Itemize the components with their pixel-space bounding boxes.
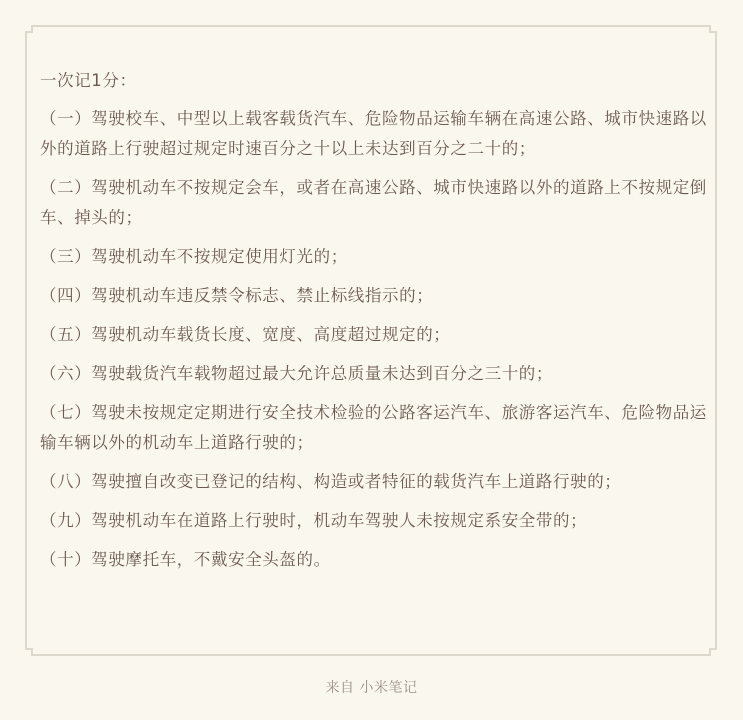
list-item: （七）驾驶未按规定定期进行安全技术检验的公路客运汽车、旅游客运汽车、危险物品运输… <box>40 398 708 458</box>
corner-ornament-bottom-left <box>25 648 33 656</box>
corner-ornament-top-left <box>25 25 33 33</box>
corner-ornament-bottom-right <box>709 648 717 656</box>
list-item: （二）驾驶机动车不按规定会车，或者在高速公路、城市快速路以外的道路上不按规定倒车… <box>40 173 708 233</box>
note-heading: 一次记1分： <box>40 66 708 96</box>
list-item: （三）驾驶机动车不按规定使用灯光的； <box>40 242 708 272</box>
list-item: （十）驾驶摩托车，不戴安全头盔的。 <box>40 545 708 575</box>
corner-ornament-top-right <box>709 25 717 33</box>
list-item: （六）驾驶载货汽车载物超过最大允许总质量未达到百分之三十的； <box>40 359 708 389</box>
list-item: （八）驾驶擅自改变已登记的结构、构造或者特征的载货汽车上道路行驶的； <box>40 467 708 497</box>
list-item: （五）驾驶机动车载货长度、宽度、高度超过规定的； <box>40 320 708 350</box>
source-footer: 来自 小米笔记 <box>0 677 743 697</box>
list-item: （一）驾驶校车、中型以上载客载货汽车、危险物品运输车辆在高速公路、城市快速路以外… <box>40 104 708 164</box>
list-item: （四）驾驶机动车违反禁令标志、禁止标线指示的； <box>40 281 708 311</box>
note-content: 一次记1分： （一）驾驶校车、中型以上载客载货汽车、危险物品运输车辆在高速公路、… <box>40 66 708 584</box>
list-item: （九）驾驶机动车在道路上行驶时，机动车驾驶人未按规定系安全带的； <box>40 506 708 536</box>
